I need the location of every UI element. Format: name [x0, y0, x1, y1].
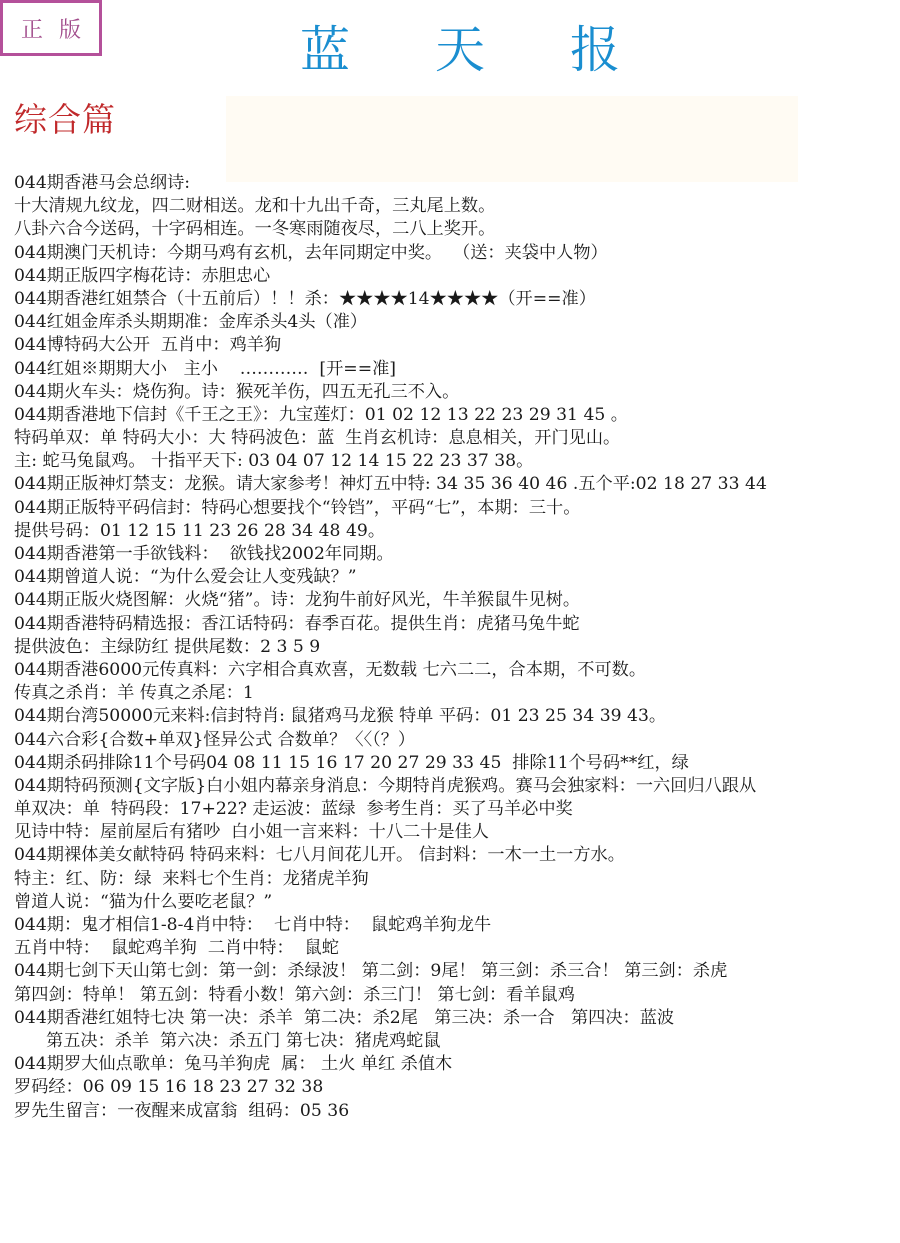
text-line: 044期特码预测{文字版}白小姐内幕亲身消息：今期特肖虎猴鸡。赛马会独家料：一六…	[14, 775, 898, 798]
page-title: 蓝 天 报	[300, 18, 620, 82]
text-line: 特码单双：单 特码大小：大 特码波色：蓝 生肖玄机诗：息息相关，开门见山。	[14, 427, 898, 450]
text-line: 044期香港红姐特七决 第一决：杀羊 第二决：杀2尾 第三决：杀一合 第四决：蓝…	[14, 1007, 898, 1030]
text-line: 提供号码：01 12 15 11 23 26 28 34 48 49。	[14, 520, 898, 543]
text-line: 044期正版神灯禁支：龙猴。请大家参考！神灯五中特: 34 35 36 40 4…	[14, 473, 898, 496]
text-line: 044期香港第一手欲钱料： 欲钱找2002年同期。	[14, 543, 898, 566]
text-line: 044期香港6000元传真料：六字相合真欢喜，无数载 七六二二，合本期，不可数。	[14, 659, 898, 682]
text-line: 传真之杀肖：羊 传真之杀尾：1	[14, 682, 898, 705]
title-char: 蓝	[300, 18, 350, 82]
text-line: 044期曾道人说：“为什么爱会让人变残缺？”	[14, 566, 898, 589]
text-line: 单双决：单 特码段：17+22? 走运波：蓝绿 参考生肖：买了马羊必中奖	[14, 798, 898, 821]
text-line: 044期：鬼才相信1-8-4肖中特： 七肖中特： 鼠蛇鸡羊狗龙牛	[14, 914, 898, 937]
article-body: 044期香港马会总纲诗: 十大清规九纹龙，四二财相送。龙和十九出千奇，三丸尾上数…	[14, 172, 898, 1123]
text-line: 044期杀码排除11个号码04 08 11 15 16 17 20 27 29 …	[14, 752, 898, 775]
text-line: 第四剑：特单！ 第五剑：特看小数！第六剑：杀三门！ 第七剑：看羊鼠鸡	[14, 984, 898, 1007]
text-line: 044六合彩{合数+单双}怪异公式 合数单？〈〈（？）	[14, 729, 898, 752]
text-line: 曾道人说：“猫为什么要吃老鼠？”	[14, 891, 898, 914]
text-line: 044博特码大公开 五肖中：鸡羊狗	[14, 334, 898, 357]
text-line: 044期正版特平码信封：特码心想要找个“铃铛”，平码“七”，本期：三十。	[14, 497, 898, 520]
text-line: 044红姐金库杀头期期准：金库杀头4头（准）	[14, 311, 898, 334]
text-line: 提供波色：主绿防红 提供尾数：2 3 5 9	[14, 636, 898, 659]
text-line: 044期七剑下天山第七剑：第一剑：杀绿波！ 第二剑：9尾！ 第三剑：杀三合！ 第…	[14, 960, 898, 983]
text-line: 第五决：杀羊 第六决：杀五门 第七决：猪虎鸡蛇鼠	[14, 1030, 898, 1053]
text-line: 十大清规九纹龙，四二财相送。龙和十九出千奇，三丸尾上数。	[14, 195, 898, 218]
text-line: 044期香港红姐禁合（十五前后）！！杀：★★★★14★★★★（开==准）	[14, 288, 898, 311]
text-line: 044期火车头：烧伤狗。诗：猴死羊伤，四五无孔三不入。	[14, 381, 898, 404]
badge-char: 版	[59, 13, 81, 44]
text-line: 044红姐※期期大小 主小 ………… [开==准]	[14, 358, 898, 381]
text-line: 044期香港地下信封《千王之王》：九宝莲灯：01 02 12 13 22 23 …	[14, 404, 898, 427]
text-line: 八卦六合今送码，十字码相连。一冬寒雨随夜尽，二八上奖开。	[14, 218, 898, 241]
text-line: 特主：红、防：绿 来料七个生肖：龙猪虎羊狗	[14, 868, 898, 891]
text-line: 044期香港马会总纲诗:	[14, 172, 898, 195]
text-line: 044期澳门天机诗：今期马鸡有玄机，去年同期定中奖。 （送：夹袋中人物）	[14, 242, 898, 265]
text-line: 主: 蛇马兔鼠鸡。 十指平天下: 03 04 07 12 14 15 22 23…	[14, 450, 898, 473]
authentic-edition-badge: 正 版	[0, 0, 102, 56]
banner-placeholder	[226, 96, 798, 182]
text-line: 五肖中特： 鼠蛇鸡羊狗 二肖中特： 鼠蛇	[14, 937, 898, 960]
text-line: 044期香港特码精选报：香江话特码：春季百花。提供生肖：虎猪马兔牛蛇	[14, 613, 898, 636]
text-line: 罗码经：06 09 15 16 18 23 27 32 38	[14, 1076, 898, 1099]
title-char: 天	[435, 18, 485, 82]
text-line: 044期正版火烧图解：火烧“猪”。诗：龙狗牛前好风光，牛羊猴鼠牛见树。	[14, 589, 898, 612]
text-line: 044期正版四字梅花诗：赤胆忠心	[14, 265, 898, 288]
text-line: 044期台湾50000元来料:信封特肖: 鼠猪鸡马龙猴 特单 平码：01 23 …	[14, 705, 898, 728]
text-line: 见诗中特：屋前屋后有猪吵 白小姐一言来料：十八二十是佳人	[14, 821, 898, 844]
title-char: 报	[570, 18, 620, 82]
text-line: 罗先生留言：一夜醒来成富翁 组码：05 36	[14, 1100, 898, 1123]
badge-char: 正	[21, 13, 43, 44]
section-title: 综合篇	[14, 96, 116, 144]
text-line: 044期裸体美女献特码 特码来料：七八月间花儿开。 信封料：一木一土一方水。	[14, 844, 898, 867]
text-line: 044期罗大仙点歌单：兔马羊狗虎 属： 土火 单红 杀值木	[14, 1053, 898, 1076]
